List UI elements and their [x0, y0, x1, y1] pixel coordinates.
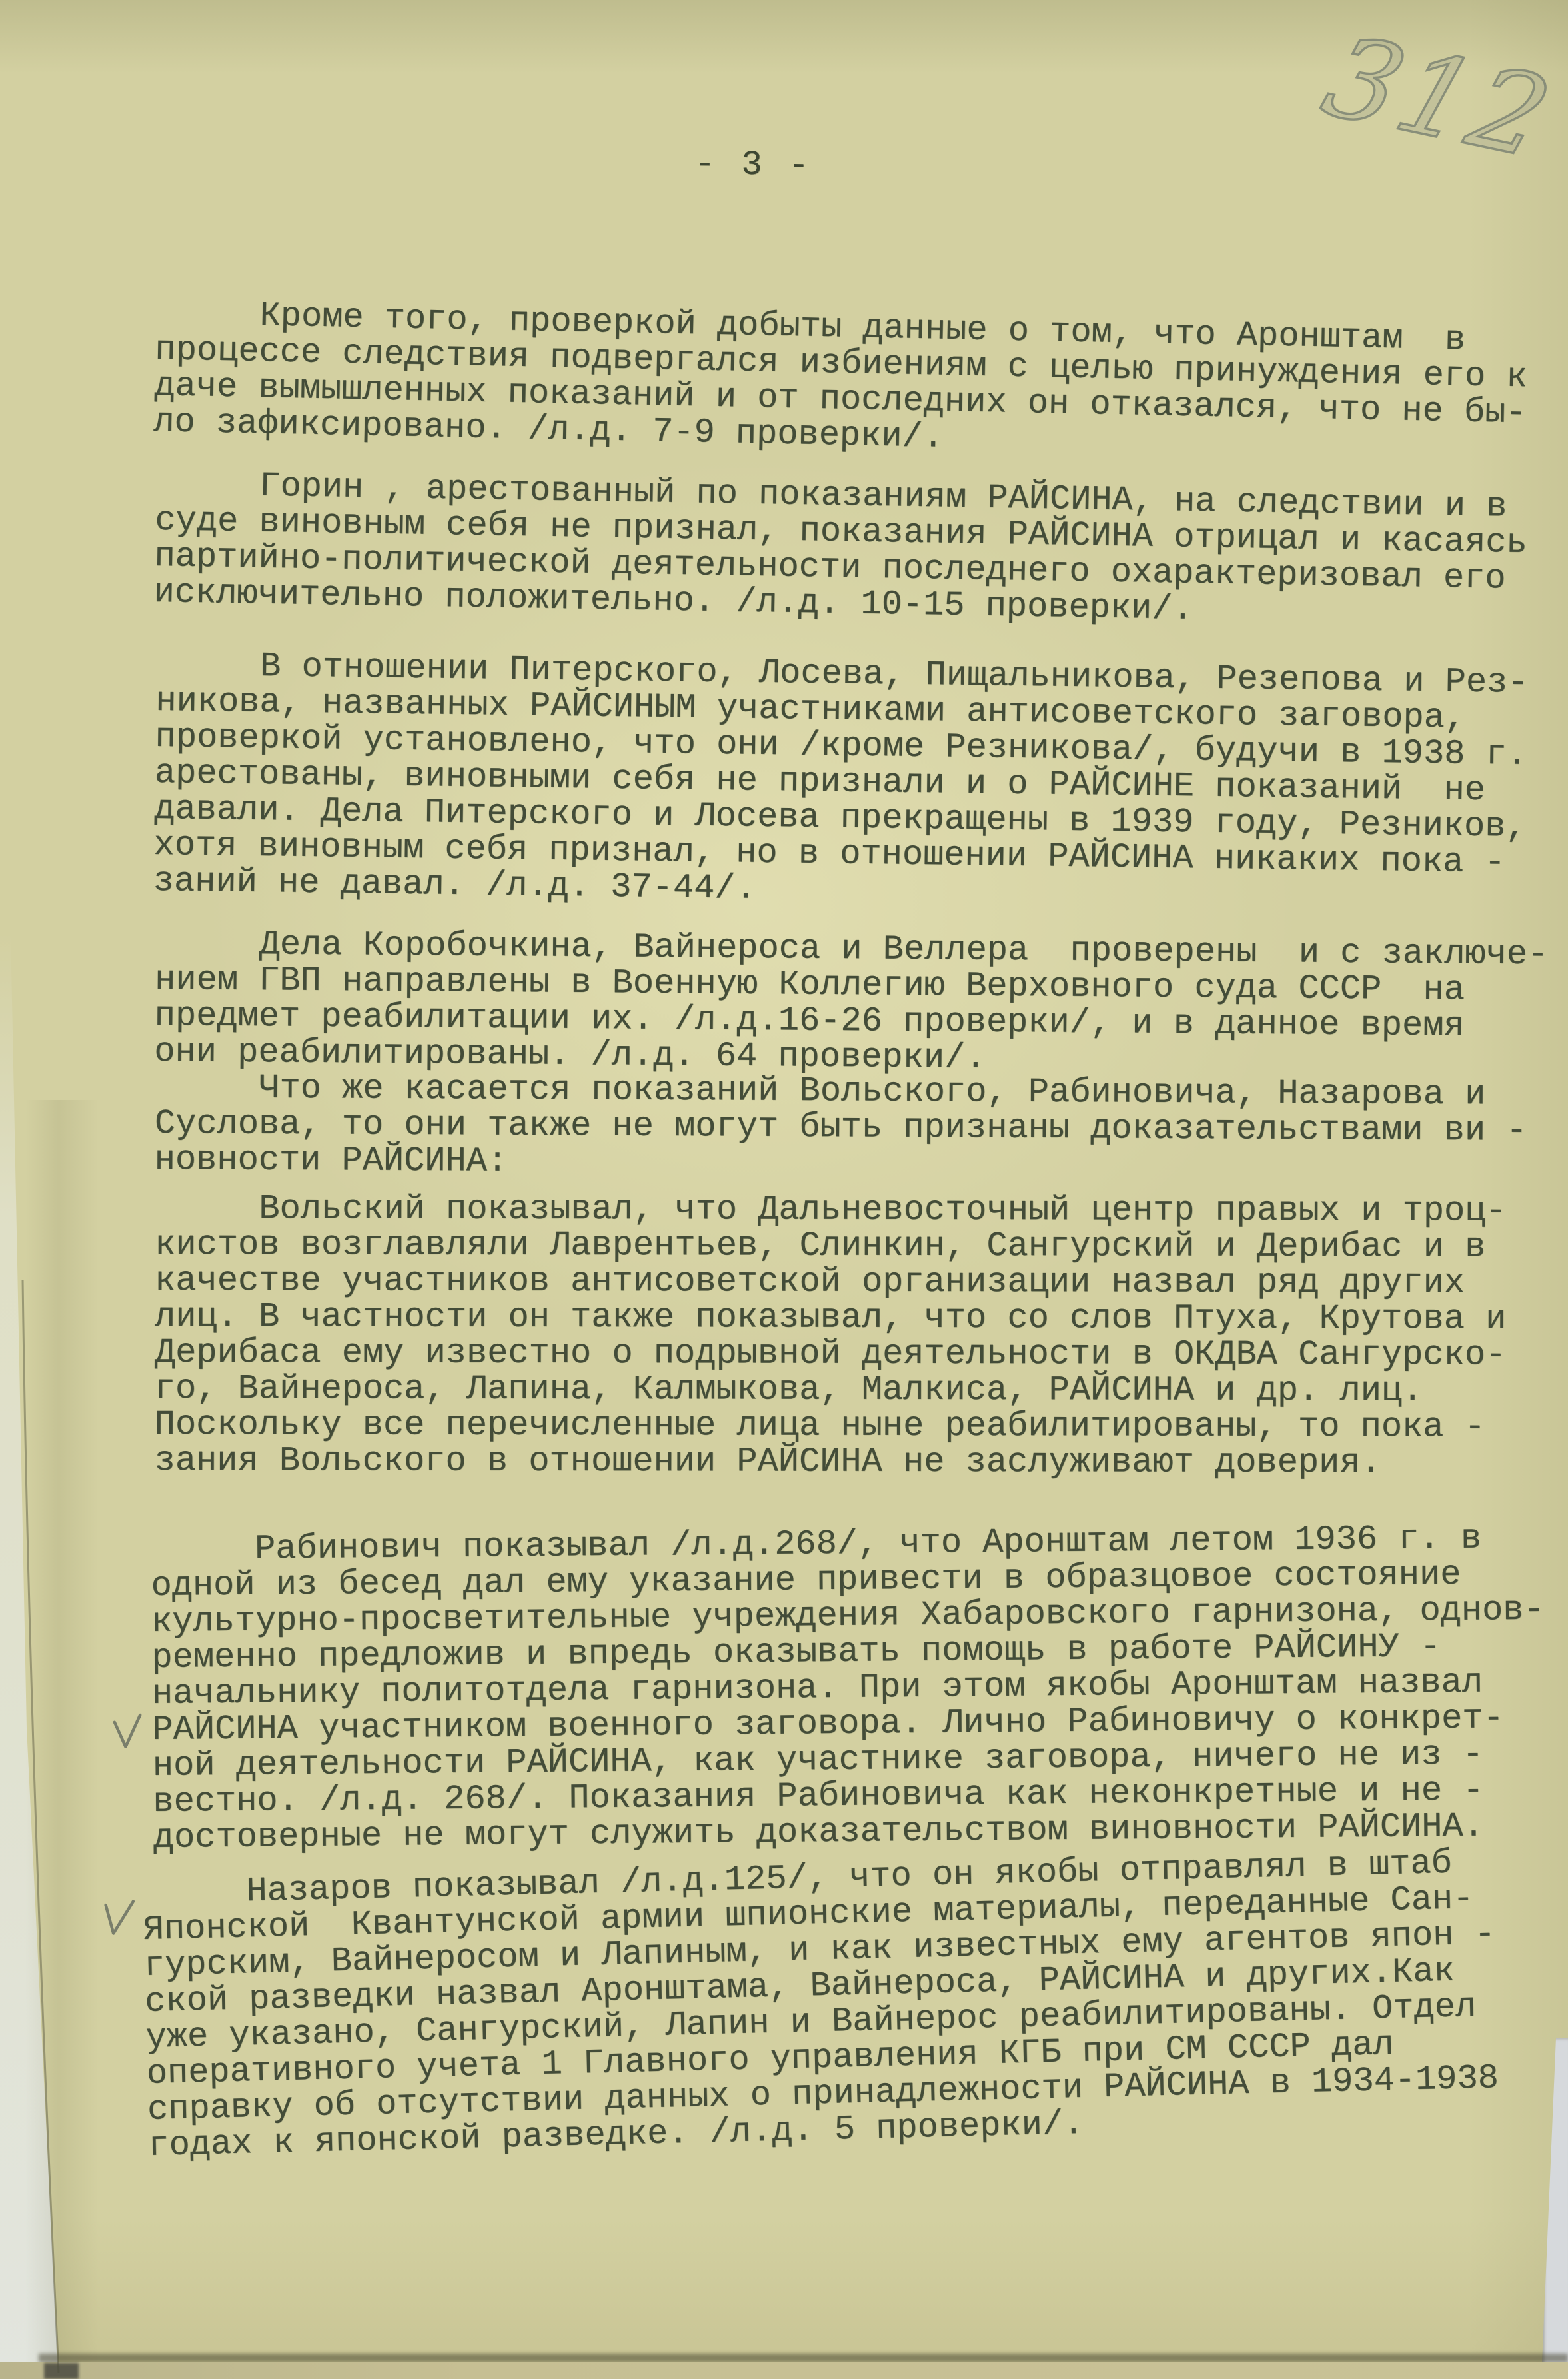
text-line: го, Вайнероса, Лапина, Калмыкова, Малкис… — [155, 1371, 1561, 1410]
handwritten-folio-number: 312 — [1309, 12, 1567, 183]
sheet-below-edge — [0, 2362, 1568, 2379]
pencil-check-icon — [114, 1715, 142, 1748]
binding-crease-shadow — [25, 1100, 99, 2379]
paragraph: Вольский показывал, что Дальневосточный … — [155, 1191, 1561, 1482]
paragraph: Кроме того, проверкой добыты данные о то… — [153, 296, 1562, 468]
paragraph: Что же касается показаний Вольского, Раб… — [155, 1070, 1561, 1185]
text-line: Поскольку все перечисленные лица ныне ре… — [155, 1407, 1561, 1446]
paragraph: Назаров показывал /л.д.125/, что он якоб… — [142, 1843, 1555, 2164]
pencil-check-icon — [105, 1900, 133, 1934]
paragraph: Дела Коробочкина, Вайнероса и Веллера пр… — [154, 926, 1561, 1081]
text-line: лиц. В частности он также показывал, что… — [155, 1299, 1561, 1338]
text-line: Дерибаса ему известно о подрывной деятел… — [155, 1335, 1561, 1374]
paragraph: Горин , арестованный по показаниям РАЙСИ… — [153, 467, 1561, 634]
text-line: качестве участников антисоветской органи… — [155, 1263, 1561, 1302]
scanned-document-page: 312 - 3 - Кроме того, проверкой добыты д… — [0, 0, 1568, 2379]
text-line: кистов возглавляли Лаврентьев, Слинкин, … — [155, 1227, 1561, 1266]
paragraph: Рабинович показывал /л.д.268/, что Аронш… — [151, 1520, 1559, 1856]
bottom-left-corner-shadow — [44, 2363, 79, 2379]
text-line: зания Вольского в отношении РАЙСИНА не з… — [155, 1443, 1561, 1482]
text-line: Вольский показывал, что Дальневосточный … — [155, 1191, 1561, 1230]
paragraph: В отношении Питерского, Лосева, Пищальни… — [153, 647, 1563, 918]
typed-text-block: Кроме того, проверкой добыты данные о то… — [155, 296, 1561, 2164]
typed-page-number: - 3 - — [694, 145, 812, 185]
